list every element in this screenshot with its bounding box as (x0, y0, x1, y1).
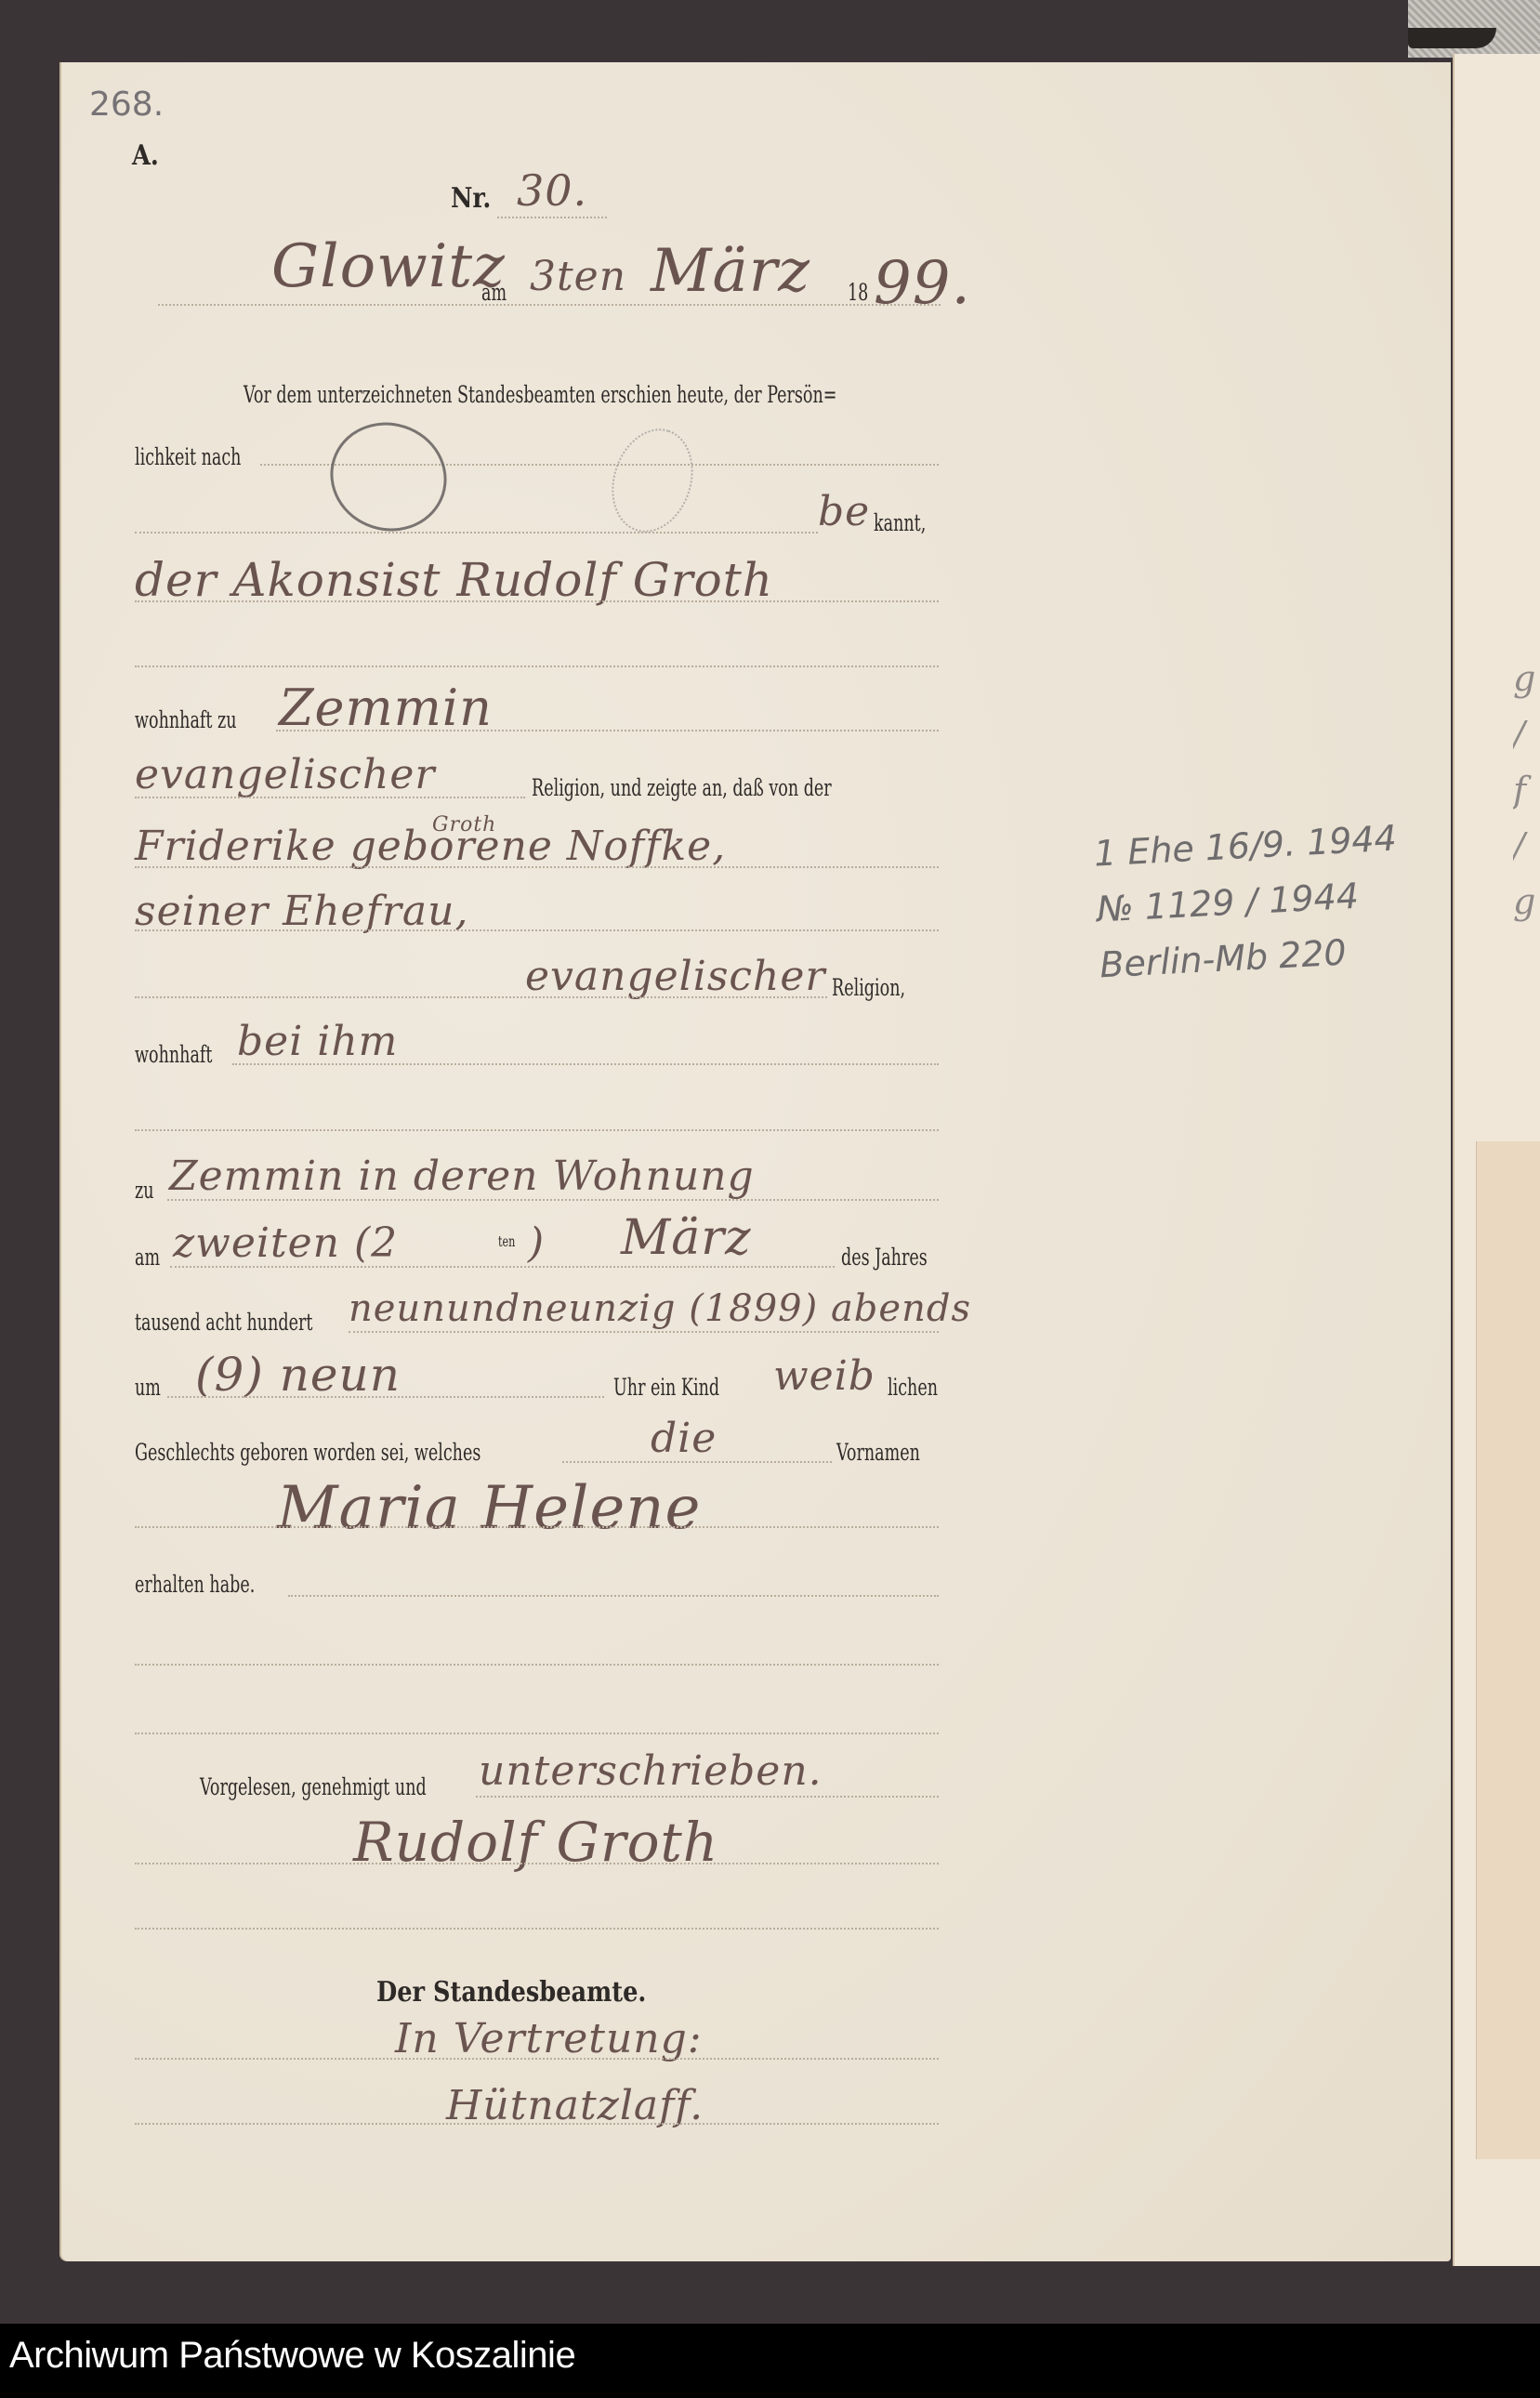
year-prefix: 18 (848, 279, 868, 306)
father-religion: evangelischer (135, 751, 435, 798)
mother-name: Friderike geborene Noffke, (135, 823, 726, 870)
mother-residence-label: wohnhaft (135, 1041, 212, 1068)
birth-day-close: ) (528, 1219, 545, 1267)
time-label: um (135, 1374, 161, 1401)
blank-line-2 (135, 1129, 939, 1131)
names-article: die (651, 1415, 717, 1462)
religion-text: Religion, und zeigte an, daß von der (532, 774, 832, 801)
child-names: Maria Helene (277, 1474, 701, 1543)
known-prefix: be (818, 488, 870, 535)
year-suffix: 99. (874, 249, 971, 318)
blank-line-3 (135, 1664, 939, 1666)
residence-value: Zemmin (279, 679, 493, 737)
spouse-relation: seiner Ehefrau, (135, 888, 468, 935)
approval-value: unterschrieben. (479, 1747, 823, 1795)
date-day: 3ten (530, 253, 626, 300)
record-label: Nr. (451, 182, 491, 215)
child-text: Uhr ein Kind (613, 1374, 719, 1401)
declarant-name: der Akonsist Rudolf Groth (135, 553, 773, 607)
mother-residence-value: bei ihm (237, 1018, 398, 1065)
child-sex-suffix: lichen (888, 1374, 938, 1401)
birthplace-value: Zemmin in deren Wohnung (169, 1153, 755, 1200)
record-number-line (497, 217, 607, 218)
mother-residence-line (232, 1063, 939, 1065)
book-binding-shadow (1408, 28, 1496, 48)
received-line (288, 1595, 939, 1597)
child-names-line (135, 1526, 939, 1528)
birth-day-line (170, 1266, 835, 1268)
child-sex-value: weib (773, 1352, 875, 1400)
mother-religion-line (135, 996, 827, 998)
place-date-line (158, 304, 941, 306)
intro-text: Vor dem unterzeichneten Standesbeamten e… (244, 381, 837, 408)
archive-name: Archiwum Państwowe w Koszalinie (9, 2335, 575, 2377)
birth-year-value: neunundneunzig (1899) abends (349, 1287, 971, 1330)
known-suffix: kannt, (874, 509, 926, 536)
time-line (167, 1396, 604, 1398)
birth-day-value: zweiten (2 (173, 1219, 398, 1267)
religion-line (135, 797, 525, 798)
mother-line (135, 866, 939, 868)
residence-line (276, 730, 939, 731)
mother-religion-label: Religion, (832, 974, 905, 1001)
blank-line-1 (135, 665, 939, 667)
adjacent-page-text-fragment: g / f / g (1513, 651, 1540, 929)
received-label: erhalten habe. (135, 1571, 255, 1598)
blank-line-4 (135, 1733, 939, 1734)
declarant-signature-line (135, 1863, 939, 1864)
birth-day-superscript: ten (498, 1232, 515, 1250)
place-name: Glowitz (271, 232, 506, 301)
names-article-line (562, 1461, 832, 1463)
birth-day-label: am (135, 1244, 160, 1271)
registrar-line-2 (135, 2123, 939, 2125)
date-month: März (651, 237, 810, 306)
blank-line-5 (135, 1928, 939, 1930)
adjacent-page-insert (1476, 1141, 1540, 2159)
archive-footer-banner: Archiwum Państwowe w Koszalinie (0, 2324, 1540, 2398)
date-am-label: am (481, 279, 507, 306)
time-value: (9) neun (195, 1348, 401, 1402)
registrar-line-1 (135, 2058, 939, 2060)
birth-year-text: tausend acht hundert (135, 1309, 312, 1336)
birthplace-label: zu (135, 1177, 154, 1204)
declarant-line (135, 600, 939, 602)
identity-label: lichkeit nach (135, 443, 241, 470)
names-label: Vornamen (836, 1439, 920, 1466)
form-letter: A. (132, 139, 159, 172)
record-number: 30. (517, 165, 587, 216)
folio-number: 268. (89, 86, 164, 124)
residence-label: wohnhaft zu (135, 706, 237, 733)
gender-text: Geschlechts geboren worden sei, welches (135, 1439, 480, 1466)
birthplace-line (167, 1199, 939, 1201)
approval-text: Vorgelesen, genehmigt und (200, 1773, 427, 1800)
registrar-signature-line1: In Vertretung: (395, 2015, 703, 2062)
birth-year-line (349, 1331, 939, 1333)
approval-line (476, 1796, 939, 1798)
margin-annotation: 1 Ehe 16/9. 1944 № 1129 / 1944 Berlin-Mb… (1093, 810, 1404, 994)
registrar-title: Der Standesbeamte. (376, 1976, 646, 2009)
birth-month-value: März (621, 1210, 752, 1266)
known-line (135, 532, 818, 534)
spouse-line (135, 929, 939, 931)
birth-year-label: des Jahres (841, 1244, 928, 1271)
mother-religion: evangelischer (525, 953, 825, 1000)
